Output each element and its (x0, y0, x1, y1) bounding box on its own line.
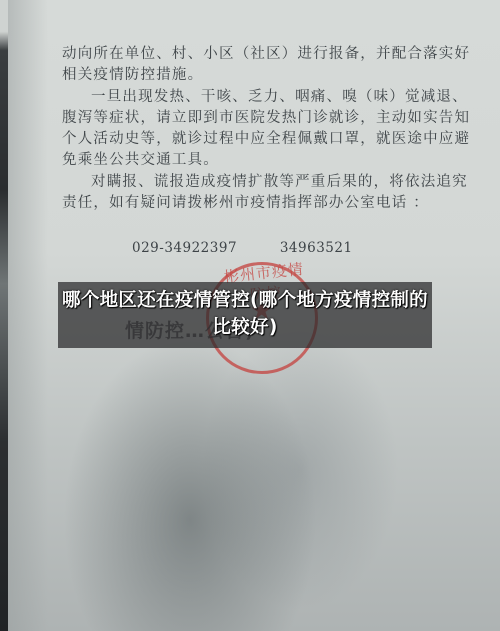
phone-numbers: 029-34922397 34963521 (132, 240, 353, 256)
phone-number-1: 029-34922397 (132, 240, 237, 256)
caption-title: 哪个地区还在疫情管控(哪个地方疫情控制的比较好) (58, 287, 432, 341)
phone-number-2: 34963521 (280, 240, 353, 256)
notice-line: 一旦出现发热、干咳、乏力、咽痛、嗅（味）觉减退、 (62, 87, 432, 108)
notice-line: 责任，如有疑问请拨彬州市疫情指挥部办公室电话 ： (62, 193, 432, 214)
photo-left-edge (0, 0, 8, 631)
photo-shadow (8, 0, 48, 631)
notice-line: 个人活动史等，就诊过程中应全程佩戴口罩，就医途中应避 (62, 129, 432, 150)
notice-line: 腹泻等症状，请立即到市医院发热门诊就诊，主动如实告知 (62, 108, 432, 129)
notice-line: 免乘坐公共交通工具。 (62, 150, 432, 171)
notice-line: 对瞒报、谎报造成疫情扩散等严重后果的，将依法追究 (62, 172, 432, 193)
notice-body: 动向所在单位、村、小区（社区）进行报备，并配合落实好 相关疫情防控措施。 一旦出… (62, 44, 432, 214)
document-photo: 动向所在单位、村、小区（社区）进行报备，并配合落实好 相关疫情防控措施。 一旦出… (0, 0, 500, 631)
notice-line: 动向所在单位、村、小区（社区）进行报备，并配合落实好 (62, 44, 432, 65)
notice-line: 相关疫情防控措施。 (62, 65, 432, 86)
